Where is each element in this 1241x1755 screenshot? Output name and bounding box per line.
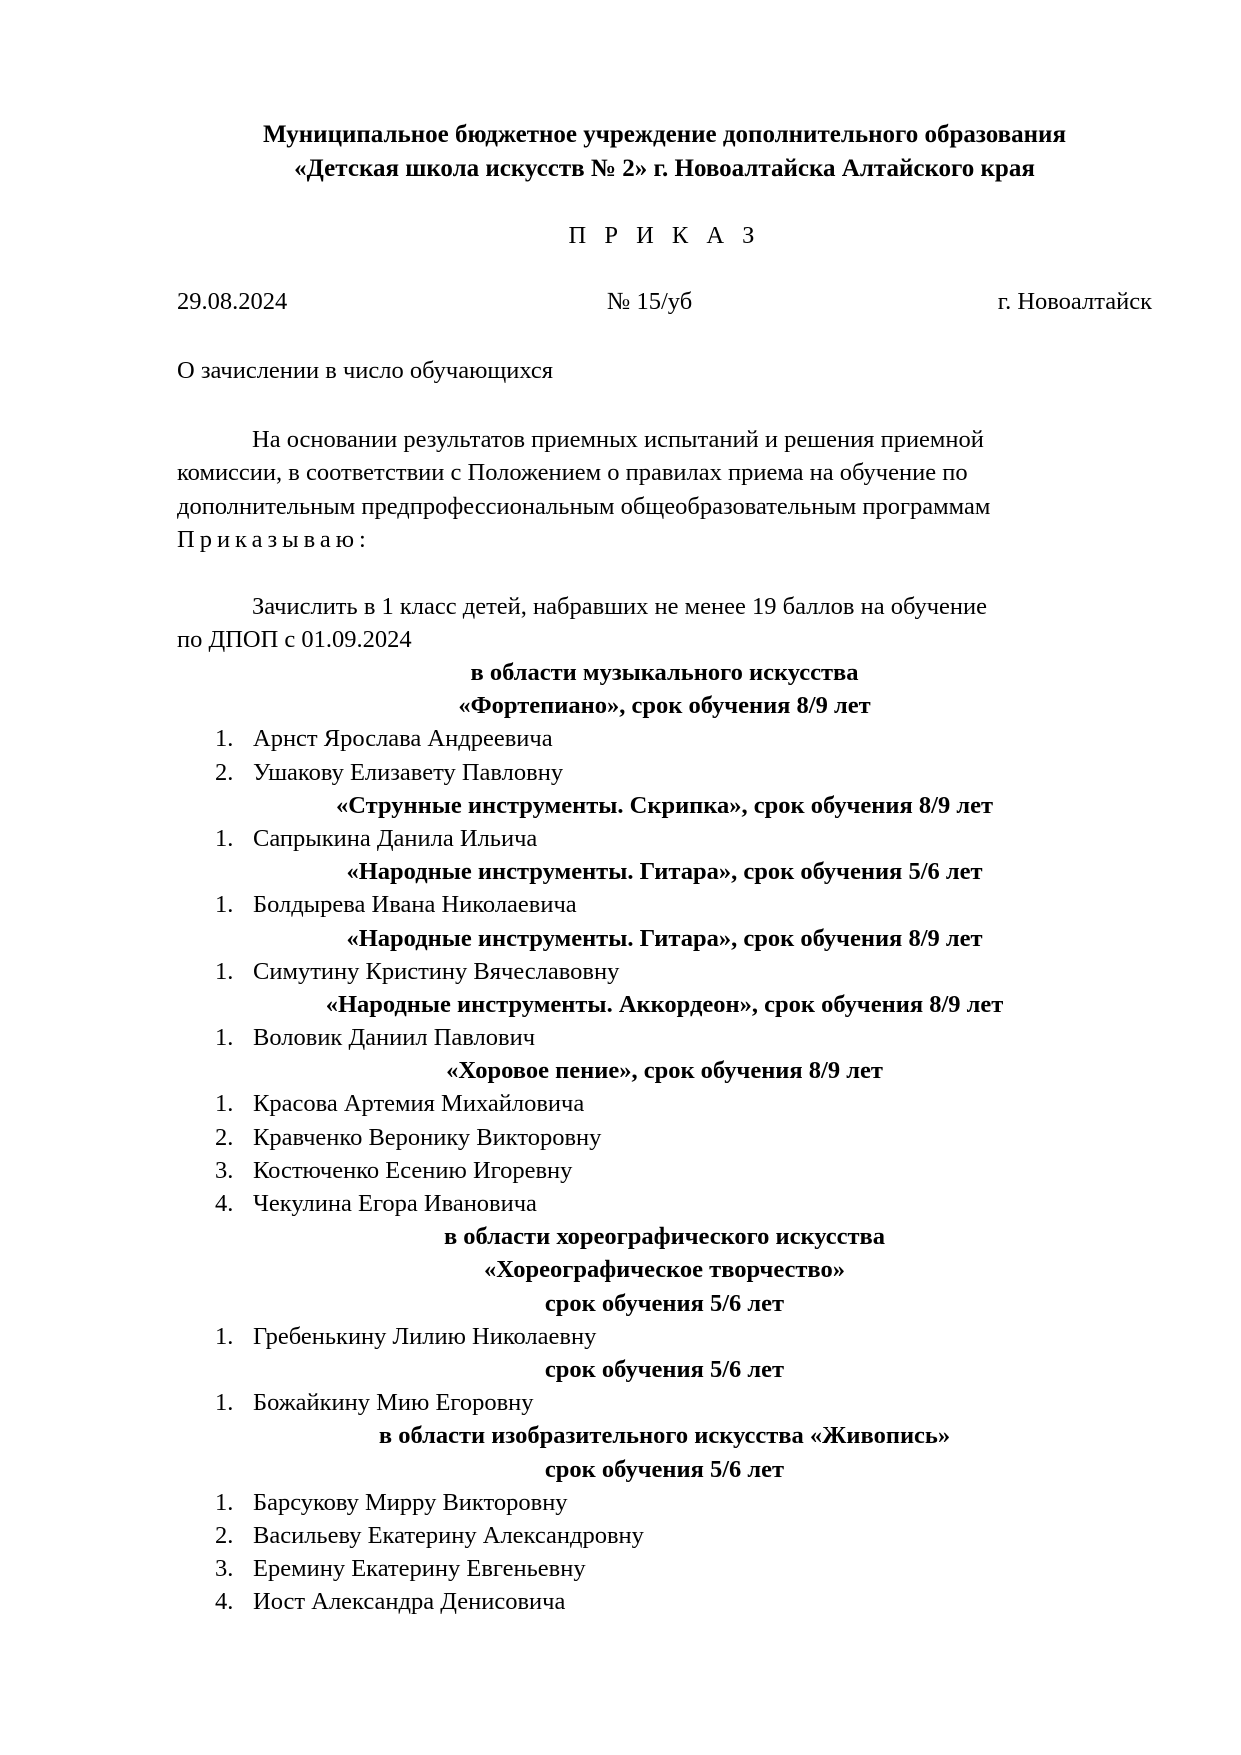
document-number: № 15/уб [607,288,692,316]
decision-line-1: Зачислить в 1 класс детей, набравших не … [252,593,987,620]
section-header: «Народные инструменты. Гитара», срок обу… [177,855,1152,888]
section-header: «Народные инструменты. Гитара», срок обу… [177,922,1152,955]
student-name: Болдырева Ивана Николаевича [253,891,577,918]
list-item-number: 1. [215,1087,253,1120]
order-word: Приказываю: [177,523,1152,556]
list-item-number: 4. [215,1187,253,1220]
list-item-number: 1. [215,955,253,988]
section-header: «Фортепиано», срок обучения 8/9 лет [177,689,1152,722]
document-subject: О зачислении в число обучающихся [177,357,553,385]
list-item: 1.Болдырева Ивана Николаевича [177,888,1152,921]
enrollment-list: в области музыкального искусства«Фортепи… [177,656,1152,1618]
document-city: г. Новоалтайск [998,288,1152,316]
list-item-number: 1. [215,822,253,855]
list-item: 1.Гребенькину Лилию Николаевну [177,1320,1152,1353]
section-header: срок обучения 5/6 лет [177,1287,1152,1320]
document-meta-row: 29.08.2024 № 15/уб г. Новоалтайск [177,288,1152,322]
student-name: Симутину Кристину Вячеславовну [253,958,619,985]
list-item-number: 1. [215,1486,253,1519]
student-name: Божайкину Мию Егоровну [253,1389,534,1416]
list-item-number: 2. [215,1519,253,1552]
list-item-number: 2. [215,1121,253,1154]
list-item: 1.Симутину Кристину Вячеславовну [177,955,1152,988]
student-name: Чекулина Егора Ивановича [253,1190,537,1217]
student-name: Костюченко Есению Игоревну [253,1157,572,1184]
list-item-number: 3. [215,1552,253,1585]
section-header: «Народные инструменты. Аккордеон», срок … [177,988,1152,1021]
decision-line-2: по ДПОП с 01.09.2024 [177,623,1152,656]
section-header: в области изобразительного искусства «Жи… [177,1419,1152,1452]
list-item: 2.Васильеву Екатерину Александровну [177,1519,1152,1552]
institution-header: Муниципальное бюджетное учреждение допол… [177,118,1152,186]
preamble-line-3: дополнительным предпрофессиональным обще… [177,490,1152,523]
list-item: 1.Сапрыкина Данила Ильича [177,822,1152,855]
list-item: 1.Барсукову Мирру Викторовну [177,1486,1152,1519]
list-item-number: 1. [215,1320,253,1353]
list-item-number: 1. [215,888,253,921]
list-item-number: 1. [215,1386,253,1419]
student-name: Красова Артемия Михайловича [253,1090,584,1117]
document-type: П Р И К А З [177,222,1152,250]
section-header: срок обучения 5/6 лет [177,1453,1152,1486]
list-item: 3.Костюченко Есению Игоревну [177,1154,1152,1187]
preamble-line-2: комиссии, в соответствии с Положением о … [177,456,1152,489]
list-item: 1.Воловик Даниил Павлович [177,1021,1152,1054]
institution-line-2: «Детская школа искусств № 2» г. Новоалта… [177,152,1152,186]
preamble-paragraph: На основании результатов приемных испыта… [177,423,1152,556]
student-name: Еремину Екатерину Евгеньевну [253,1555,586,1582]
document-date: 29.08.2024 [177,288,287,316]
student-name: Сапрыкина Данила Ильича [253,825,537,852]
section-header: «Хореографическое творчество» [177,1253,1152,1286]
student-name: Гребенькину Лилию Николаевну [253,1323,596,1350]
student-name: Воловик Даниил Павлович [253,1024,535,1051]
list-item-number: 3. [215,1154,253,1187]
list-item-number: 2. [215,756,253,789]
section-header: «Хоровое пение», срок обучения 8/9 лет [177,1054,1152,1087]
list-item: 1.Божайкину Мию Егоровну [177,1386,1152,1419]
list-item: 1.Красова Артемия Михайловича [177,1087,1152,1120]
section-header: «Струнные инструменты. Скрипка», срок об… [177,789,1152,822]
student-name: Кравченко Веронику Викторовну [253,1124,601,1151]
list-item-number: 1. [215,722,253,755]
section-header: в области музыкального искусства [177,656,1152,689]
student-name: Иост Александра Денисовича [253,1588,565,1615]
student-name: Барсукову Мирру Викторовну [253,1489,568,1516]
list-item: 2.Ушакову Елизавету Павловну [177,756,1152,789]
list-item: 4.Иост Александра Денисовича [177,1585,1152,1618]
list-item: 4.Чекулина Егора Ивановича [177,1187,1152,1220]
section-header: срок обучения 5/6 лет [177,1353,1152,1386]
student-name: Арнст Ярослава Андреевича [253,725,553,752]
list-item-number: 4. [215,1585,253,1618]
list-item: 2.Кравченко Веронику Викторовну [177,1121,1152,1154]
section-header: в области хореографического искусства [177,1220,1152,1253]
list-item: 1.Арнст Ярослава Андреевича [177,722,1152,755]
decision-paragraph: Зачислить в 1 класс детей, набравших не … [177,590,1152,657]
preamble-line-1: На основании результатов приемных испыта… [252,426,984,453]
list-item: 3.Еремину Екатерину Евгеньевну [177,1552,1152,1585]
student-name: Васильеву Екатерину Александровну [253,1522,644,1549]
student-name: Ушакову Елизавету Павловну [253,759,563,786]
list-item-number: 1. [215,1021,253,1054]
institution-line-1: Муниципальное бюджетное учреждение допол… [177,118,1152,152]
